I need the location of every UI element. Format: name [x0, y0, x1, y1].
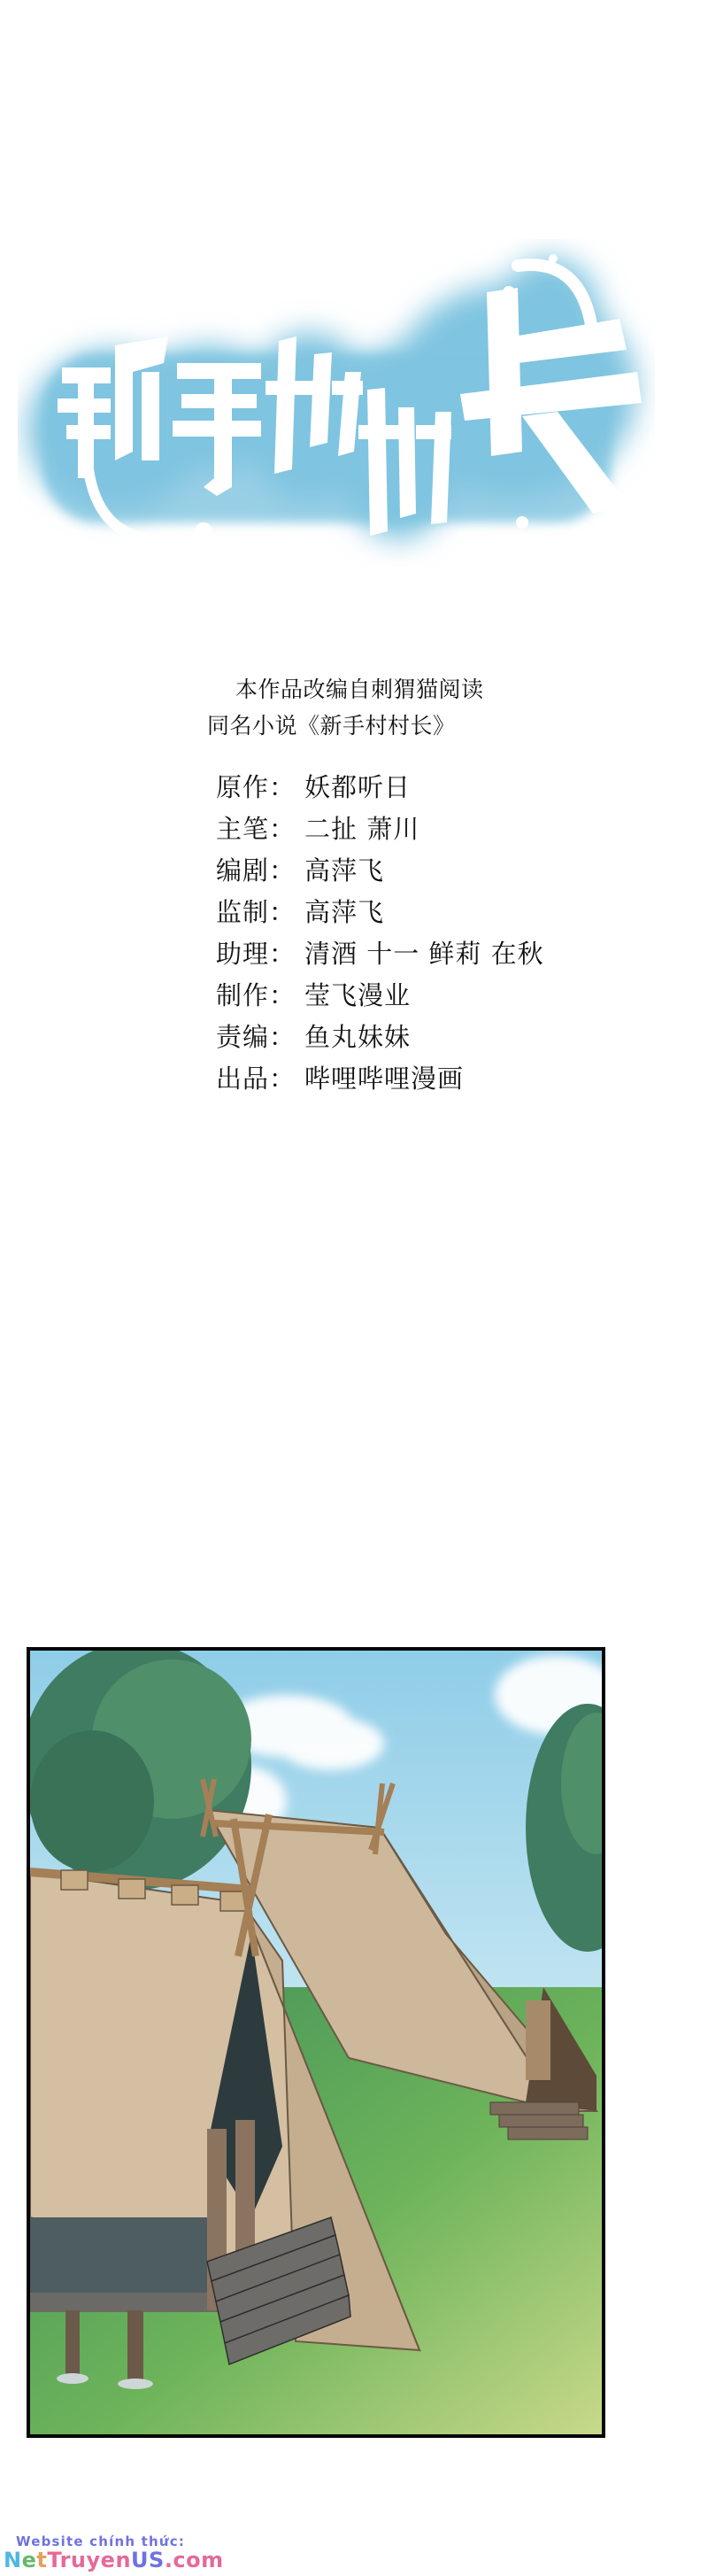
credit-label: 出品： [216, 1059, 304, 1095]
credit-value: 妖都听日 [304, 768, 411, 804]
credits-list: 原作： 妖都听日 主笔： 二扯 萧川 编剧： 高萍飞 监制： 高萍飞 助理： 清… [216, 765, 544, 1098]
credit-row-publisher: 出品： 哔哩哔哩漫画 [216, 1056, 544, 1098]
credit-label: 主笔： [216, 809, 304, 846]
credit-value: 高萍飞 [304, 851, 384, 887]
credit-row-screenwriter: 编剧： 高萍飞 [216, 848, 544, 890]
source-note-line-1: 本作品改编自刺猬猫阅读 [235, 677, 484, 703]
credit-row-assistants: 助理： 清酒 十一 鲜莉 在秋 [216, 932, 544, 973]
credit-label: 原作： [216, 768, 304, 804]
credit-value: 鱼丸妹妹 [304, 1017, 411, 1054]
credit-label: 助理： [216, 934, 304, 971]
credit-value: 二扯 萧川 [304, 809, 419, 846]
credit-label: 制作： [216, 976, 304, 1012]
credit-value: 哔哩哔哩漫画 [304, 1059, 464, 1095]
credit-row-production: 制作： 莹飞漫业 [216, 973, 544, 1015]
credit-label: 编剧： [216, 851, 304, 887]
watermark-part-t: t [36, 2548, 47, 2572]
credit-label: 监制： [216, 893, 304, 929]
credit-value: 清酒 十一 鲜莉 在秋 [304, 934, 544, 971]
watermark-part-com: .com [165, 2548, 224, 2572]
comic-panel-village-huts [27, 1647, 605, 2438]
credit-row-original-author: 原作： 妖都听日 [216, 765, 544, 807]
village-huts-illustration [30, 1651, 602, 2434]
site-watermark: Website chính thức: NetTruyenUS.com [4, 2533, 224, 2572]
source-note-line-2: 同名小说《新手村村长》 [207, 713, 456, 739]
title-logo [18, 239, 655, 567]
watermark-part-truyen: Truyen [47, 2548, 131, 2572]
credit-row-lead-artist: 主笔： 二扯 萧川 [216, 807, 544, 848]
credit-value: 莹飞漫业 [304, 976, 411, 1012]
watermark-site-name: NetTruyenUS.com [4, 2548, 224, 2572]
watermark-part-e: e [22, 2548, 37, 2572]
credit-value: 高萍飞 [304, 893, 384, 929]
credit-row-editor: 责编： 鱼丸妹妹 [216, 1015, 544, 1056]
watermark-part-us: US [131, 2548, 165, 2572]
credit-row-supervisor: 监制： 高萍飞 [216, 890, 544, 932]
title-logo-graphic [18, 239, 655, 567]
credit-label: 责编： [216, 1017, 304, 1054]
watermark-part-n: N [4, 2548, 22, 2572]
